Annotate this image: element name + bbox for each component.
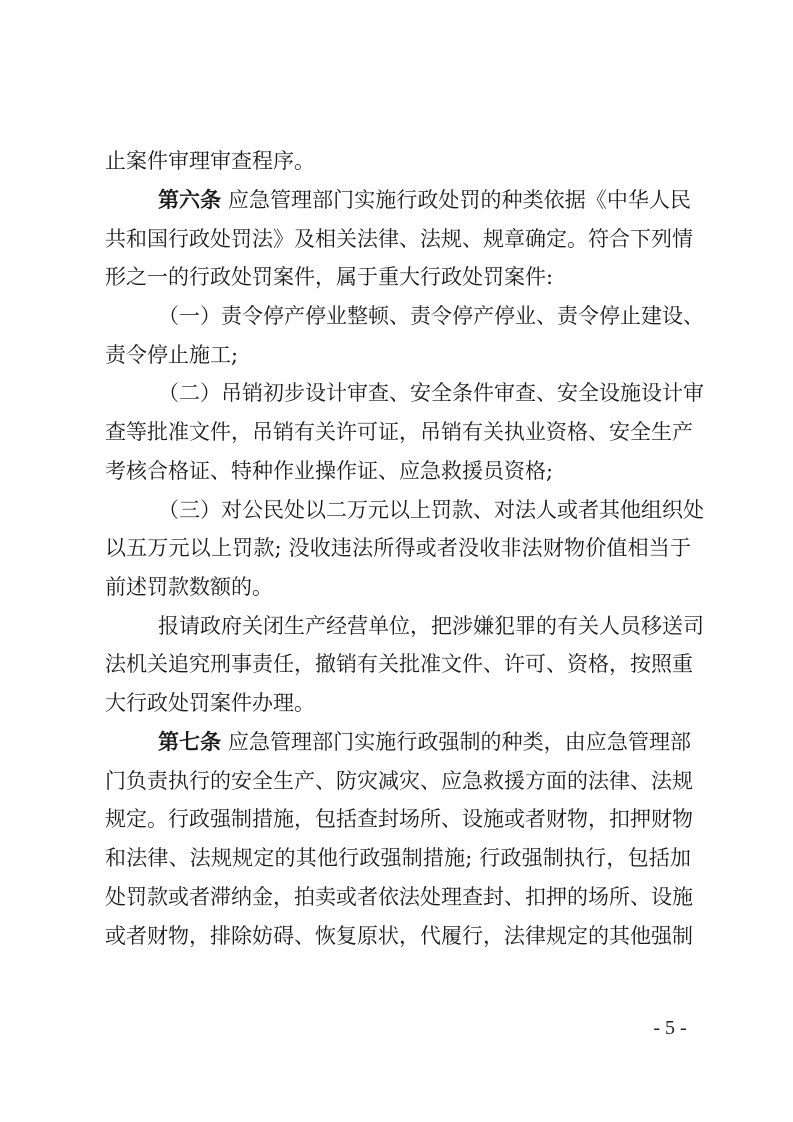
- text-line: 责令停止施工;: [105, 340, 691, 370]
- text-line: 形之一的行政处罚案件，属于重大行政处罚案件:: [105, 262, 691, 292]
- text-line: 考核合格证、特种作业操作证、应急救援员资格;: [105, 456, 691, 486]
- text-line: 前述罚款数额的。: [105, 572, 691, 602]
- text-line: 和法律、法规规定的其他行政强制措施; 行政强制执行，包括加: [105, 843, 691, 873]
- text-line: 以五万元以上罚款; 没收违法所得或者没收非法财物价值相当于: [105, 533, 691, 563]
- text-line: 查等批准文件，吊销有关许可证，吊销有关执业资格、安全生产: [105, 417, 691, 447]
- text-line: 或者财物，排除妨碍、恢复原状，代履行，法律规定的其他强制: [105, 921, 691, 951]
- list-item-2: （二）吊销初步设计审查、安全条件审查、安全设施设计审: [158, 378, 691, 408]
- document-page: 止案件审理审查程序。 第六条 应急管理部门实施行政处罚的种类依据《中华人民 共和…: [0, 0, 793, 1122]
- text-line: 大行政处罚案件办理。: [105, 688, 691, 718]
- list-item-3: （三）对公民处以二万元以上罚款、对法人或者其他组织处: [158, 495, 691, 525]
- text-line: 处罚款或者滞纳金，拍卖或者依法处理查封、扣押的场所、设施: [105, 882, 691, 912]
- article-number: 第六条: [158, 188, 221, 212]
- text-line: 规定。行政强制措施，包括查封场所、设施或者财物，扣押财物: [105, 804, 691, 834]
- page-number: - 5 -: [640, 1017, 700, 1040]
- article-6-heading-line: 第六条 应急管理部门实施行政处罚的种类依据《中华人民: [158, 185, 691, 215]
- article-number: 第七条: [158, 730, 221, 754]
- text-line: 共和国行政处罚法》及相关法律、法规、规章确定。符合下列情: [105, 224, 691, 254]
- text-line: 止案件审理审查程序。: [105, 146, 691, 176]
- text-line: 门负责执行的安全生产、防灾减灾、应急救援方面的法律、法规: [105, 766, 691, 796]
- text-line: 法机关追究刑事责任，撤销有关批准文件、许可、资格，按照重: [105, 649, 691, 679]
- list-item-1: （一）责令停产停业整顿、责令停产停业、责令停止建设、: [158, 301, 691, 331]
- article-7-heading-line: 第七条 应急管理部门实施行政强制的种类，由应急管理部: [158, 727, 691, 757]
- paragraph-line: 报请政府关闭生产经营单位，把涉嫌犯罪的有关人员移送司: [158, 611, 691, 641]
